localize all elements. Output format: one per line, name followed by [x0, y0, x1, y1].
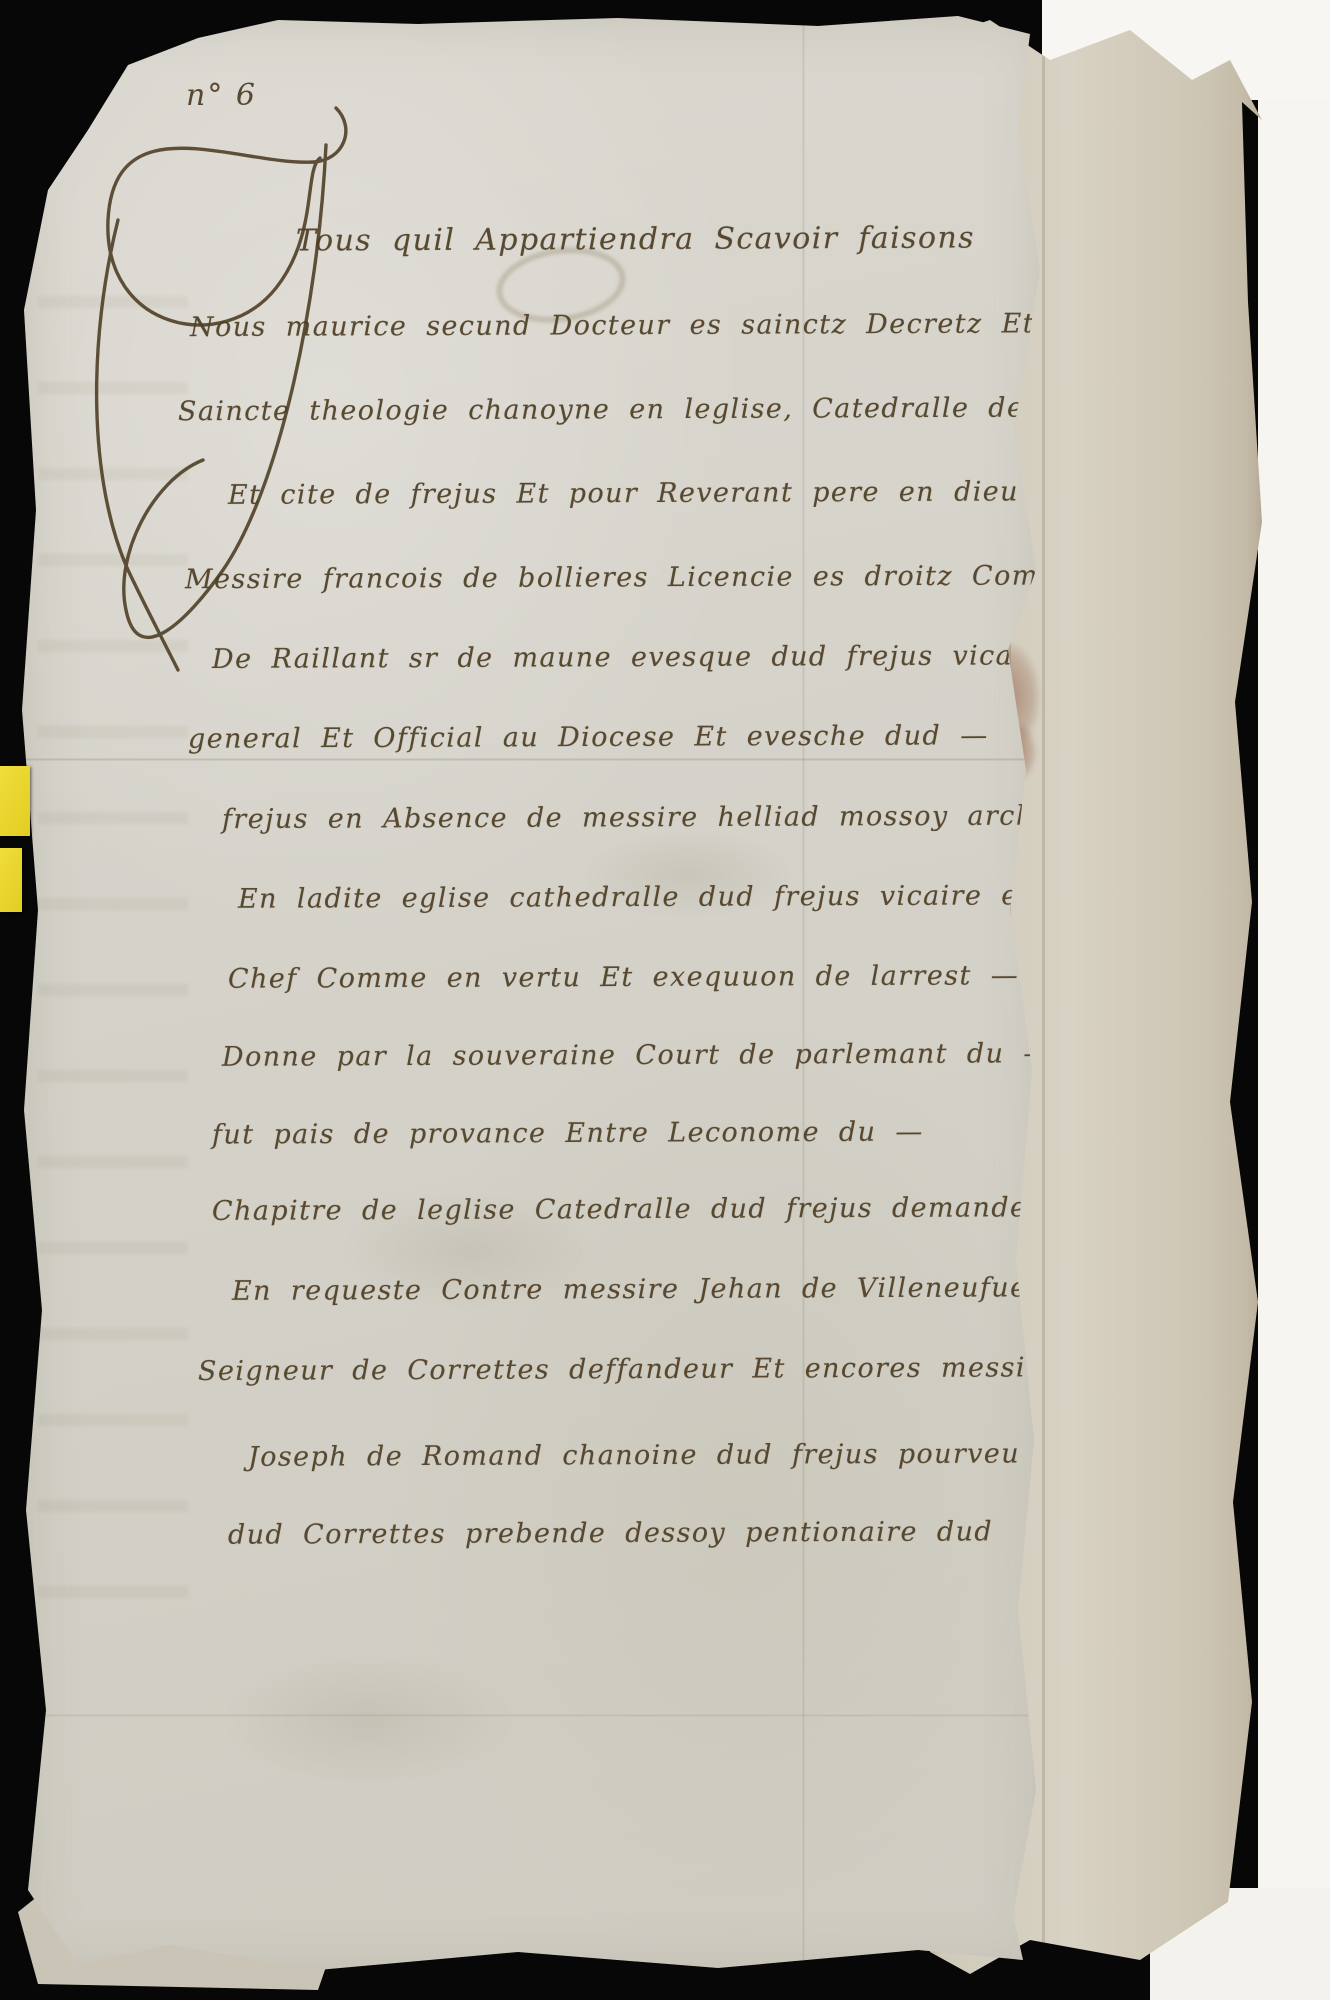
manuscript-page: n° 6 Tous quil Appartiendra Scavoir fais… — [18, 10, 1048, 1978]
manuscript-line: Joseph de Romand chanoine dud frejus pou… — [248, 1438, 1077, 1473]
horizontal-fold-crease — [18, 1714, 1048, 1717]
manuscript-line: En ladite eglise cathedralle dud frejus … — [238, 880, 1038, 914]
initial-flourish-letter-A — [78, 70, 398, 710]
manuscript-line: general Et Official au Diocese Et evesch… — [188, 720, 989, 754]
manuscript-line: dud Correttes prebende dessoy pentionair… — [228, 1516, 993, 1550]
folio-number: n° 6 — [186, 78, 257, 113]
manuscript-line: Chef Comme en vertu Et exequuon de larre… — [228, 960, 1019, 994]
manuscript-line: Nous maurice secund Docteur es sainctz D… — [190, 308, 1138, 343]
yellow-sticky-tab — [0, 848, 22, 912]
manuscript-line: fut pais de provance Entre Leconome du — — [212, 1116, 924, 1150]
manuscript-line: Donne par la souveraine Court de parlema… — [222, 1038, 1052, 1073]
manuscript-line: Chapitre de leglise Catedralle dud freju… — [212, 1192, 1061, 1227]
manuscript-line: Seigneur de Correttes deffandeur Et enco… — [198, 1352, 1105, 1387]
verso-show-through — [218, 1650, 518, 1790]
manuscript-line: Tous quil Appartiendra Scavoir faisons — [296, 221, 975, 259]
scanned-document-view: n° 6 Tous quil Appartiendra Scavoir fais… — [0, 0, 1330, 2000]
manuscript-line: En requeste Contre messire Jehan de Vill… — [232, 1272, 1075, 1307]
sheet-edge-streak — [1042, 2, 1045, 1994]
vertical-fold-crease — [802, 10, 805, 1978]
scanner-backdrop-white — [1258, 0, 1330, 2000]
yellow-sticky-tab — [0, 766, 30, 836]
manuscript-line: Et cite de frejus Et pour Reverant pere … — [228, 476, 1066, 511]
horizontal-fold-crease — [18, 758, 1048, 761]
manuscript-line: De Raillant sr de maune evesque dud frej… — [212, 640, 1102, 675]
